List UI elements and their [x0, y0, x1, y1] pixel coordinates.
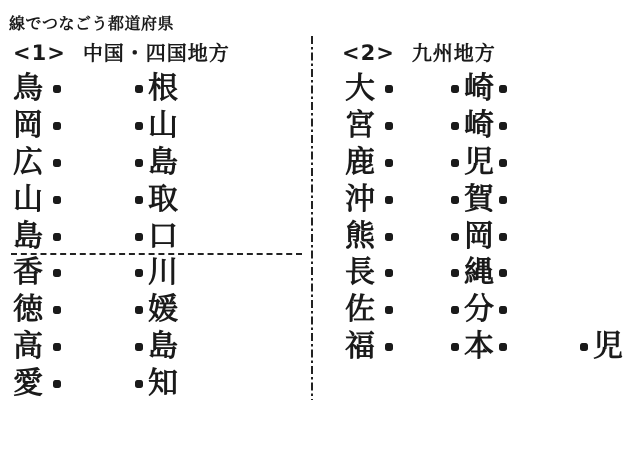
match-row: 徳 媛	[13, 292, 308, 329]
connector-dot[interactable]	[451, 122, 459, 130]
match-row: 鳥 根	[13, 71, 308, 108]
connector-dot[interactable]	[499, 269, 507, 277]
prefecture-kanji-first: 鳥	[13, 74, 43, 104]
match-row: 長 縄	[345, 255, 637, 292]
connector-dot[interactable]	[135, 306, 143, 314]
prefecture-kanji-second: 山	[148, 111, 178, 141]
prefecture-kanji-second: 川	[148, 258, 178, 288]
connector-dot[interactable]	[499, 196, 507, 204]
match-row: 高 島	[13, 329, 308, 366]
connector-dot[interactable]	[499, 122, 507, 130]
match-row: 宮 崎	[345, 108, 637, 145]
section-divider-line	[311, 36, 313, 400]
connector-dot[interactable]	[53, 269, 61, 277]
match-row: 福 本 児	[345, 329, 637, 366]
prefecture-kanji-first: 高	[13, 332, 43, 362]
prefecture-kanji-first: 愛	[13, 369, 43, 399]
section-chugoku-shikoku: 鳥 根 岡 山 広 島 山 取 島 口 香 川 徳 媛 高 島	[13, 71, 308, 402]
connector-dot[interactable]	[451, 343, 459, 351]
prefecture-kanji-second: 根	[148, 74, 178, 104]
prefecture-kanji-second: 縄	[464, 258, 494, 288]
connector-dot[interactable]	[53, 233, 61, 241]
match-row: 岡 山	[13, 108, 308, 145]
connector-dot[interactable]	[385, 196, 393, 204]
prefecture-kanji-first: 佐	[345, 295, 375, 325]
connector-dot[interactable]	[135, 233, 143, 241]
connector-dot[interactable]	[580, 343, 588, 351]
prefecture-kanji-second: 崎	[464, 111, 494, 141]
prefecture-kanji-first: 福	[345, 332, 375, 362]
match-row: 香 川	[13, 255, 308, 292]
connector-dot[interactable]	[135, 343, 143, 351]
connector-dot[interactable]	[451, 269, 459, 277]
prefecture-kanji-first: 沖	[345, 185, 375, 215]
connector-dot[interactable]	[385, 122, 393, 130]
connector-dot[interactable]	[53, 159, 61, 167]
prefecture-kanji-second: 崎	[464, 74, 494, 104]
connector-dot[interactable]	[135, 159, 143, 167]
prefecture-kanji-first: 香	[13, 258, 43, 288]
match-row: 佐 分	[345, 292, 637, 329]
connector-dot[interactable]	[499, 233, 507, 241]
connector-dot[interactable]	[135, 380, 143, 388]
connector-dot[interactable]	[53, 306, 61, 314]
prefecture-kanji-first: 宮	[345, 111, 375, 141]
match-row: 沖 賀	[345, 181, 637, 218]
connector-dot[interactable]	[53, 380, 61, 388]
connector-dot[interactable]	[385, 233, 393, 241]
prefecture-kanji-first: 広	[13, 148, 43, 178]
match-row: 山 取	[13, 181, 308, 218]
connector-dot[interactable]	[451, 233, 459, 241]
page-title: 線でつなごう都道府県	[9, 11, 174, 34]
prefecture-kanji-second: 知	[148, 369, 178, 399]
group-divider-dashed-line	[11, 253, 302, 255]
prefecture-kanji-first: 岡	[13, 111, 43, 141]
connector-dot[interactable]	[385, 85, 393, 93]
prefecture-kanji-second: 賀	[464, 185, 494, 215]
connector-dot[interactable]	[451, 196, 459, 204]
section-number: <1>	[13, 41, 66, 65]
section-number: <2>	[342, 41, 395, 65]
connector-dot[interactable]	[135, 196, 143, 204]
connector-dot[interactable]	[499, 306, 507, 314]
prefecture-kanji-second: 口	[148, 222, 178, 252]
prefecture-kanji-first: 鹿	[345, 148, 375, 178]
prefecture-kanji-first: 大	[345, 74, 375, 104]
connector-dot[interactable]	[135, 122, 143, 130]
connector-dot[interactable]	[385, 269, 393, 277]
prefecture-kanji-second: 岡	[464, 222, 494, 252]
prefecture-kanji-second: 島	[148, 148, 178, 178]
prefecture-kanji-second: 分	[464, 295, 494, 325]
connector-dot[interactable]	[135, 269, 143, 277]
connector-dot[interactable]	[53, 122, 61, 130]
connector-dot[interactable]	[451, 159, 459, 167]
prefecture-kanji-first: 長	[345, 258, 375, 288]
prefecture-kanji-first: 徳	[13, 295, 43, 325]
match-row: 広 島	[13, 145, 308, 182]
section-name: 九州地方	[412, 37, 496, 66]
prefecture-kanji-first: 熊	[345, 222, 375, 252]
match-row: 愛 知	[13, 365, 308, 402]
worksheet-page: 線でつなごう都道府県 <1> 中国・四国地方 <2> 九州地方 鳥 根 岡 山 …	[0, 0, 640, 449]
match-row: 大 崎	[345, 71, 637, 108]
prefecture-kanji-second: 島	[148, 332, 178, 362]
connector-dot[interactable]	[385, 343, 393, 351]
prefecture-kanji-second: 媛	[148, 295, 178, 325]
prefecture-kanji-third: 児	[593, 332, 623, 362]
connector-dot[interactable]	[53, 85, 61, 93]
connector-dot[interactable]	[499, 343, 507, 351]
match-row: 熊 岡	[345, 218, 637, 255]
connector-dot[interactable]	[53, 196, 61, 204]
connector-dot[interactable]	[135, 85, 143, 93]
connector-dot[interactable]	[499, 159, 507, 167]
section-header-kyushu: <2> 九州地方	[342, 37, 496, 66]
connector-dot[interactable]	[385, 306, 393, 314]
connector-dot[interactable]	[451, 85, 459, 93]
connector-dot[interactable]	[451, 306, 459, 314]
connector-dot[interactable]	[499, 85, 507, 93]
prefecture-kanji-second: 取	[148, 185, 178, 215]
prefecture-kanji-second: 本	[464, 332, 494, 362]
match-row: 鹿 児	[345, 145, 637, 182]
prefecture-kanji-first: 山	[13, 185, 43, 215]
match-row: 島 口	[13, 218, 308, 255]
prefecture-kanji-first: 島	[13, 222, 43, 252]
prefecture-kanji-second: 児	[464, 148, 494, 178]
section-kyushu: 大 崎 宮 崎 鹿 児 沖 賀 熊 岡 長 縄 佐 分 福 本 児	[345, 71, 637, 365]
section-name: 中国・四国地方	[83, 37, 230, 66]
connector-dot[interactable]	[385, 159, 393, 167]
section-header-chugoku-shikoku: <1> 中国・四国地方	[13, 37, 230, 66]
connector-dot[interactable]	[53, 343, 61, 351]
